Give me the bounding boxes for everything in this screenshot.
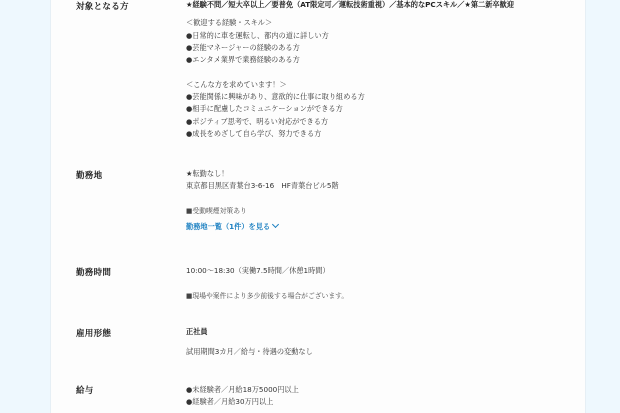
chevron-down-icon bbox=[272, 221, 279, 228]
target-value: ★経験不問／短大卒以上／要普免（AT限定可／運転技術重視）／基本的なPCスキル／… bbox=[186, 0, 576, 140]
salary-label: 給与 bbox=[76, 384, 94, 396]
target-label: 対象となる方 bbox=[76, 0, 129, 12]
work-time: 10:00〜18:30（実働7.5時間／休憩1時間） bbox=[186, 265, 576, 277]
location-list-link-label[interactable]: 勤務地一覧（1件）を見る bbox=[186, 222, 270, 231]
no-transfer: ★転勤なし！ bbox=[186, 168, 576, 180]
salary-value: ●未経験者／月給18万5000円以上 ●経験者／月給30万円以上 bbox=[186, 384, 576, 409]
location-list-link[interactable]: 勤務地一覧（1件）を見る bbox=[186, 221, 576, 233]
location-value: ★転勤なし！ 東京都目黒区青葉台3-6-16 HF青葉台ビル5階 ■受動喫煙対策… bbox=[186, 168, 576, 233]
address: 東京都目黒区青葉台3-6-16 HF青葉台ビル5階 bbox=[186, 180, 576, 192]
hours-note: ■現場や案件により多少前後する場合がございます。 bbox=[186, 290, 576, 302]
welcome-item: ●エンタメ業界で業務経験のある方 bbox=[186, 54, 576, 66]
employment-type: 正社員 bbox=[186, 326, 576, 338]
seeking-item: ●成長をめざして自ら学び、努力できる方 bbox=[186, 128, 576, 140]
welcome-item: ●日常的に車を運転し、都内の道に詳しい方 bbox=[186, 30, 576, 42]
seeking-item: ●ポジティブ思考で、明るい対応ができる方 bbox=[186, 116, 576, 128]
welcome-item: ●芸能マネージャーの経験のある方 bbox=[186, 42, 576, 54]
employment-value: 正社員 試用期間3カ月／給与・待遇の変動なし bbox=[186, 326, 576, 359]
seeking-heading: ＜こんな方を求めています！＞ bbox=[186, 79, 576, 91]
target-headline: ★経験不問／短大卒以上／要普免（AT限定可／運転技術重視）／基本的なPCスキル／… bbox=[186, 0, 576, 11]
hours-label: 勤務時間 bbox=[76, 266, 111, 278]
location-label: 勤務地 bbox=[76, 169, 102, 181]
hours-value: 10:00〜18:30（実働7.5時間／休憩1時間） ■現場や案件により多少前後… bbox=[186, 265, 576, 303]
employment-label: 雇用形態 bbox=[76, 327, 111, 339]
seeking-item: ●相手に配慮したコミュニケーションができる方 bbox=[186, 103, 576, 115]
seeking-item: ●芸能関係に興味があり、意欲的に仕事に取り組める方 bbox=[186, 91, 576, 103]
salary-item: ●未経験者／月給18万5000円以上 bbox=[186, 384, 576, 396]
probation: 試用期間3カ月／給与・待遇の変動なし bbox=[186, 346, 576, 358]
smoking-note: ■受動喫煙対策あり bbox=[186, 205, 576, 217]
job-details-card: 対象となる方 ★経験不問／短大卒以上／要普免（AT限定可／運転技術重視）／基本的… bbox=[50, 0, 586, 413]
welcome-heading: ＜歓迎する経験・スキル＞ bbox=[186, 17, 576, 29]
salary-item: ●経験者／月給30万円以上 bbox=[186, 396, 576, 408]
